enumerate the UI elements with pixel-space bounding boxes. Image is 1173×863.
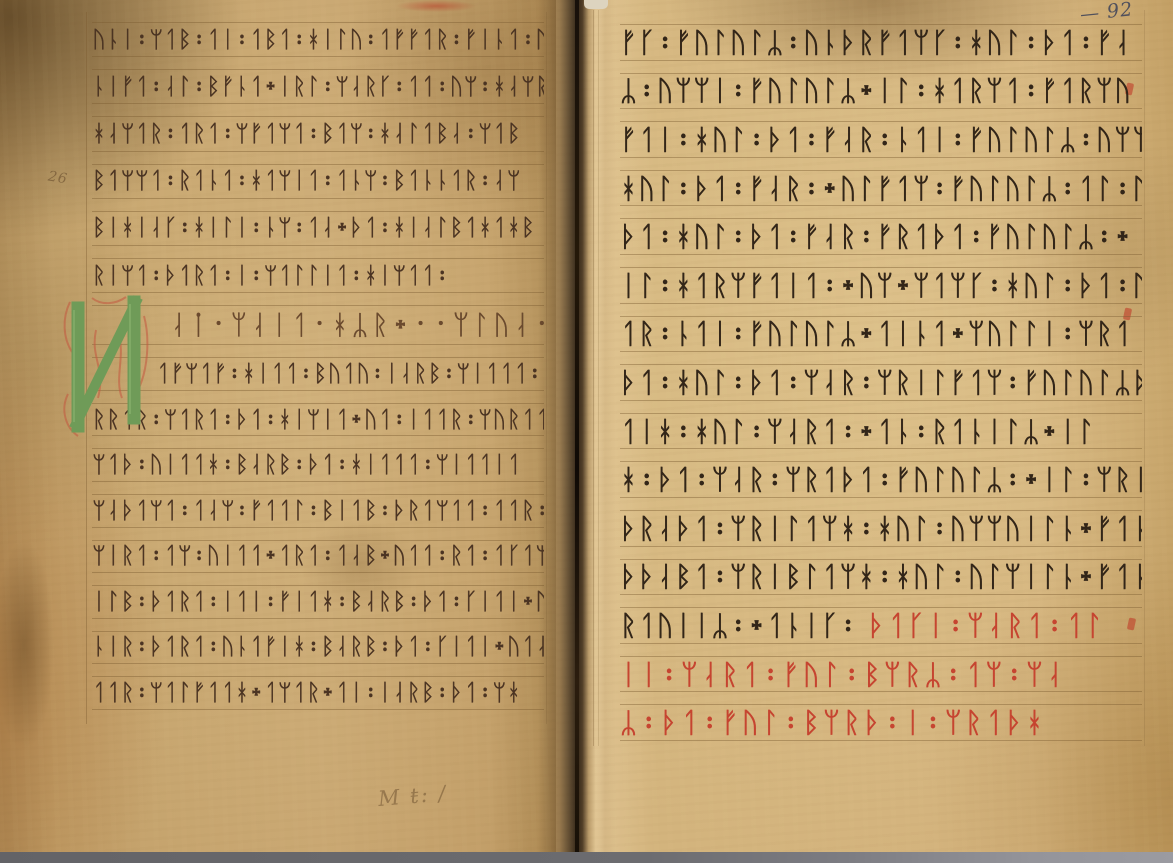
rune-line-rubric: ᛁᛁ᛬ᛘᛆᚱᛐ᛬ᚠᚢᛚ᛬ᛒᛘᚱᛦ᛬ᛐᛘ᛬ᛘᛆ — [620, 650, 1142, 699]
rune-line: ᛘᛆᚦᛐᛘᛐ᛬ᛐᛆᛘ᛬ᚠᛐᛐᛚ᛬ᛒᛁᛐᛒ᛬ᚦᚱᛐᛘᛐᛐ᛬ᛐᛐᚱ᛬ — [92, 488, 544, 534]
page-edge-sliver — [584, 0, 608, 9]
quire-mark: M ŧ: / — [377, 781, 448, 811]
rune-line: ᚼᚢᛚ᛬ᚦᛐ᛬ᚠᛆᚱ᛬᛭ᚢᛚᚠᛐᛘ᛬ᚠᚢᛚᚢᛚᛦ᛬ᛐᛚ᛬ᚢᛘ — [620, 164, 1142, 213]
ruling-line-vertical — [598, 10, 599, 746]
rune-line: ᛘᛐᚦ᛬ᚢᛁᛐᛐᚼ᛬ᛒᛆᚱᛒ᛬ᚦᛐ᛬ᚼᛁᛐᛐᛐ᛬ᛘᛁᛐᛐᛁᛐ — [92, 442, 544, 488]
red-stain-top — [396, 0, 476, 12]
rune-line: ᛘᛁᚱᛐ᛬ᛐᛘ᛬ᚢᛁᛐᛐ᛭ᛐᚱᛐ᛬ᛐᛆᛒ᛭ᚢᛐᛐ᛬ᚱᛐ᛬ᛐᚴᛐᛘ — [92, 534, 544, 580]
rune-line: ᚦᛐ᛬ᚼᚢᛚ᛬ᚦᛐ᛬ᛘᛆᚱ᛬ᛘᚱᛁᛚᚠᛐᛘ᛬ᚠᚢᛚᚢᛚᛦᚦ — [620, 358, 1142, 407]
ruling-line-vertical — [593, 10, 594, 746]
rune-line: ᚦᛐ᛬ᚼᚢᛚ᛬ᚦᛐ᛬ᚠᛆᚱ᛬ᚠᚱᛐᚦᛐ᛬ᚠᚢᛚᚢᛚᛦ᛬᛭ — [620, 212, 1142, 261]
initial-letter-N — [76, 302, 136, 426]
rune-line: ᛐᛁᚼ᛬ᚼᚢᛚ᛬ᛘᛆᚱᛐ᛬᛭ᛐᚿ᛬ᚱᛐᚿᛁᛚᛦ᛭ᛁᛚ — [620, 407, 1142, 456]
rune-line: ᛁᛚ᛬ᚼᛐᚱᛘᚠᛐᛁᛐ᛬᛭ᚢᛘ᛭ᛘᛐᛘᚴ᛬ᚼᚢᛚ᛬ᚦᛐ᛬ᚢ — [620, 261, 1142, 310]
rune-line: ᚿᛁᚠᛐ᛬ᛆᛚ᛬ᛒᚠᚿᛐ᛭ᛁᚱᛚ᛬ᛘᛆᚱᚴ᛬ᛐᛐ᛬ᚢᛘ᛬ᚼᛆᛘᚱᛐ — [92, 63, 544, 110]
rune-line: ᛒᛁᚼᛁᛆᚴ᛬ᚼᛁᛚᛁ᛬ᚿᛘ᛬ᛐᛆ᛭ᚦᛐ᛬ᚼᛁᛆᛚᛒᛐᚼᛐᚼᛒ — [92, 205, 544, 252]
rune-line: ᚠᛐᛁ᛬ᚼᚢᛚ᛬ᚦᛐ᛬ᚠᛆᚱ᛬ᚿᛐᛁ᛬ᚠᚢᛚᚢᛚᛦ᛬ᚢᛘᛘᛐ᛬ — [620, 115, 1142, 164]
rune-line: ᚠᚴ᛬ᚠᚢᛚᚢᛚᛦ᛬ᚢᚿᚦᚱᚠᛐᛘᚴ᛬ᚼᚢᛚ᛬ᚦᛐ᛬ᚠᛆ — [620, 18, 1142, 67]
rune-line: ᚼᛆᛘᛐᚱ᛬ᛐᚱᛐ᛬ᛘᚠᛐᛘᛐ᛬ᛒᛐᛘ᛬ᚼᛆᛚᛐᛒᛆ᛬ᛘᛐᛒ — [92, 110, 544, 157]
rune-line: ᛒᛐᛘᛘᛐ᛬ᚱᛐᚿᛐ᛬ᚼᛐᛘᛁᛐ᛬ᛐᚿᛘ᛬ᛒᛐᚿᚿᛐᚱ᛬ᛆᛘ — [92, 158, 544, 205]
rune-line: ᛁᛚᛒ᛬ᚦᛐᚱᛐ᛬ᛁᛐᛁ᛬ᚠᛁᛐᚼ᛬ᛒᛆᚱᛒ᛬ᚦᛐ᛬ᚴᛁᛐᛁ᛭ᚢᛐ — [92, 579, 544, 625]
rune-line: ᚱᚱᛐᚱ᛬ᛘᛐᚱᛐ᛬ᚦᛐ᛬ᚼᛁᛘᛁᛐ᛭ᚢᛐ᛬ᛁᛐᛐᚱ᛬ᛘᚢᚱᛐᛐ — [92, 397, 544, 443]
ruling-line-vertical — [1144, 10, 1145, 746]
rune-line: ᚦᚦᛆᛒᛐ᛬ᛘᚱᛁᛒᛚᛐᛘᚼ᛬ᚼᚢᛚ᛬ᚢᛚᛘᛁᛚᚿ᛭ᚠᛐᚿ — [620, 553, 1142, 602]
rune-line: ᚿᛁᚱ᛬ᚦᛐᚱᛐ᛬ᚢᚿᛐᚠᛁᚼ᛬ᛒᛆᚱᛒ᛬ᚦᛐ᛬ᚴᛁᛐᛁ᛭ᚢᛐᛆ — [92, 625, 544, 671]
rune-line: ᛐᚱ᛬ᚿᛐᛁ᛬ᚠᚢᛚᚢᛚᛦ᛭ᛐᛁᚿᛐ᛭ᛘᚢᛚᛚᛁ᛬ᛘᚱᛐ — [620, 310, 1142, 359]
margin-note: 26 — [47, 169, 69, 188]
rune-line: ᚦᚱᛆᚦᛐ᛬ᛘᚱᛁᛚᛐᛘᚼ᛬ᚼᚢᛚ᛬ᚢᛘᛘᚢᛁᛚᚿ᛭ᚠᛐᚿ — [620, 504, 1142, 553]
scan-background-bar — [0, 852, 1173, 863]
manuscript-scan: 26 ᚢᚿᛁ᛬ᛘᛐᛒ᛬ᛐᛁ᛬ᛐᛒᛐ᛬ᚼᛁᛚᚢ᛬ᛐᚠᚠᛐᚱ᛬ᚠᛁᚿᛐ᛬ᚢᚿ ᚿᛁᚠ… — [0, 0, 1173, 863]
left-page: 26 ᚢᚿᛁ᛬ᛘᛐᛒ᛬ᛐᛁ᛬ᛐᛒᛐ᛬ᚼᛁᛚᚢ᛬ᛐᚠᚠᛐᚱ᛬ᚠᛁᚿᛐ᛬ᚢᚿ ᚿᛁᚠ… — [0, 0, 556, 852]
illuminated-initial — [60, 294, 152, 442]
rune-line: ᛐᛐᚱ᛬ᛘᛐᛚᚠᛐᛐᚼ᛭ᛐᛘᛐᚱ᛭ᛐᛁ᛬ᛁᛆᚱᛒ᛬ᚦᛐ᛬ᛘᚼ — [92, 670, 544, 716]
rune-line-mixed: ᚱᛐᚢᛁᛁᛦ᛬᛭ᛐᚿᛁᚴ᛬ ᚦᛐᚴᛁ᛬ᛘᛆᚱᛐ᛬ᛐᛚ — [620, 601, 1142, 650]
right-text-block: ᚠᚴ᛬ᚠᚢᛚᚢᛚᛦ᛬ᚢᚿᚦᚱᚠᛐᛘᚴ᛬ᚼᚢᛚ᛬ᚦᛐ᛬ᚠᛆ ᛦ᛬ᚢᛘᛘᛁ᛬ᚠᚢᛚᚢ… — [620, 18, 1142, 747]
rune-line: ᚢᚿᛁ᛬ᛘᛐᛒ᛬ᛐᛁ᛬ᛐᛒᛐ᛬ᚼᛁᛚᚢ᛬ᛐᚠᚠᛐᚱ᛬ᚠᛁᚿᛐ᛬ᚢᚿ — [92, 16, 544, 63]
rune-line: ᚱᛁᛘᛐ᛬ᚦᛐᚱᛐ᛬ᛁ᛬ᛘᛐᛚᛚᛁᛐ᛬ᚼᛁᛘᛐᛐ᛬ — [92, 252, 544, 299]
rune-line-rubric: ᛦ᛬ᚦᛐ᛬ᚠᚢᛚ᛬ᛒᛘᚱᚦ᛬ᛁ᛬ᛘᚱᛐᚦᚼ — [620, 698, 1142, 747]
rune-line: ᛐᚠᛘᛐᚠ᛬ᚼᛁᛐᛐ᛬ᛒᚢᛐᚢ᛬ᛁᛆᚱᛒ᛬ᛘᛁᛐᛐᛐ᛬ — [92, 351, 544, 397]
left-text-block: ᚢᚿᛁ᛬ᛘᛐᛒ᛬ᛐᛁ᛬ᛐᛒᛐ᛬ᚼᛁᛚᚢ᛬ᛐᚠᚠᛐᚱ᛬ᚠᛁᚿᛐ᛬ᚢᚿ ᚿᛁᚠᛐ᛬ᛆ… — [92, 16, 544, 716]
rune-line-red-part: ᚦᛐᚴᛁ᛬ᛘᛆᚱᛐ᛬ᛐᛚ — [868, 609, 1106, 642]
rune-line: ᛦ᛬ᚢᛘᛘᛁ᛬ᚠᚢᛚᚢᛚᛦ᛭ᛁᛚ᛬ᚼᛐᚱᛘᛐ᛬ᚠᛐᚱᛘᚢ — [620, 67, 1142, 116]
ruling-line-vertical — [546, 12, 547, 724]
rune-heading-line: ᛆᛙ᛫ᛘᛆᛁᛐ᛫ᚼᛦᚱ᛭᛫᛫ᛘᛚᚢᛆ᛫ᚴ᛫ᚢ — [92, 299, 544, 351]
rune-line-dark-part: ᚱᛐᚢᛁᛁᛦ᛬᛭ᛐᚿᛁᚴ᛬ — [620, 609, 858, 642]
right-page: — 92 ᚠᚴ᛬ᚠᚢᛚᚢᛚᛦ᛬ᚢᚿᚦᚱᚠᛐᛘᚴ᛬ᚼᚢᛚ᛬ᚦᛐ᛬ᚠᛆ ᛦ᛬ᚢᛘᛘᛁ… — [556, 0, 1173, 852]
rune-line: ᚼ᛬ᚦᛐ᛬ᛘᛆᚱ᛬ᛘᚱᛐᚦᛐ᛬ᚠᚢᛚᚢᛚᛦ᛬᛭ᛁᛚ᛬ᛘᚱᛁ — [620, 455, 1142, 504]
parchment-stain — [0, 540, 54, 750]
